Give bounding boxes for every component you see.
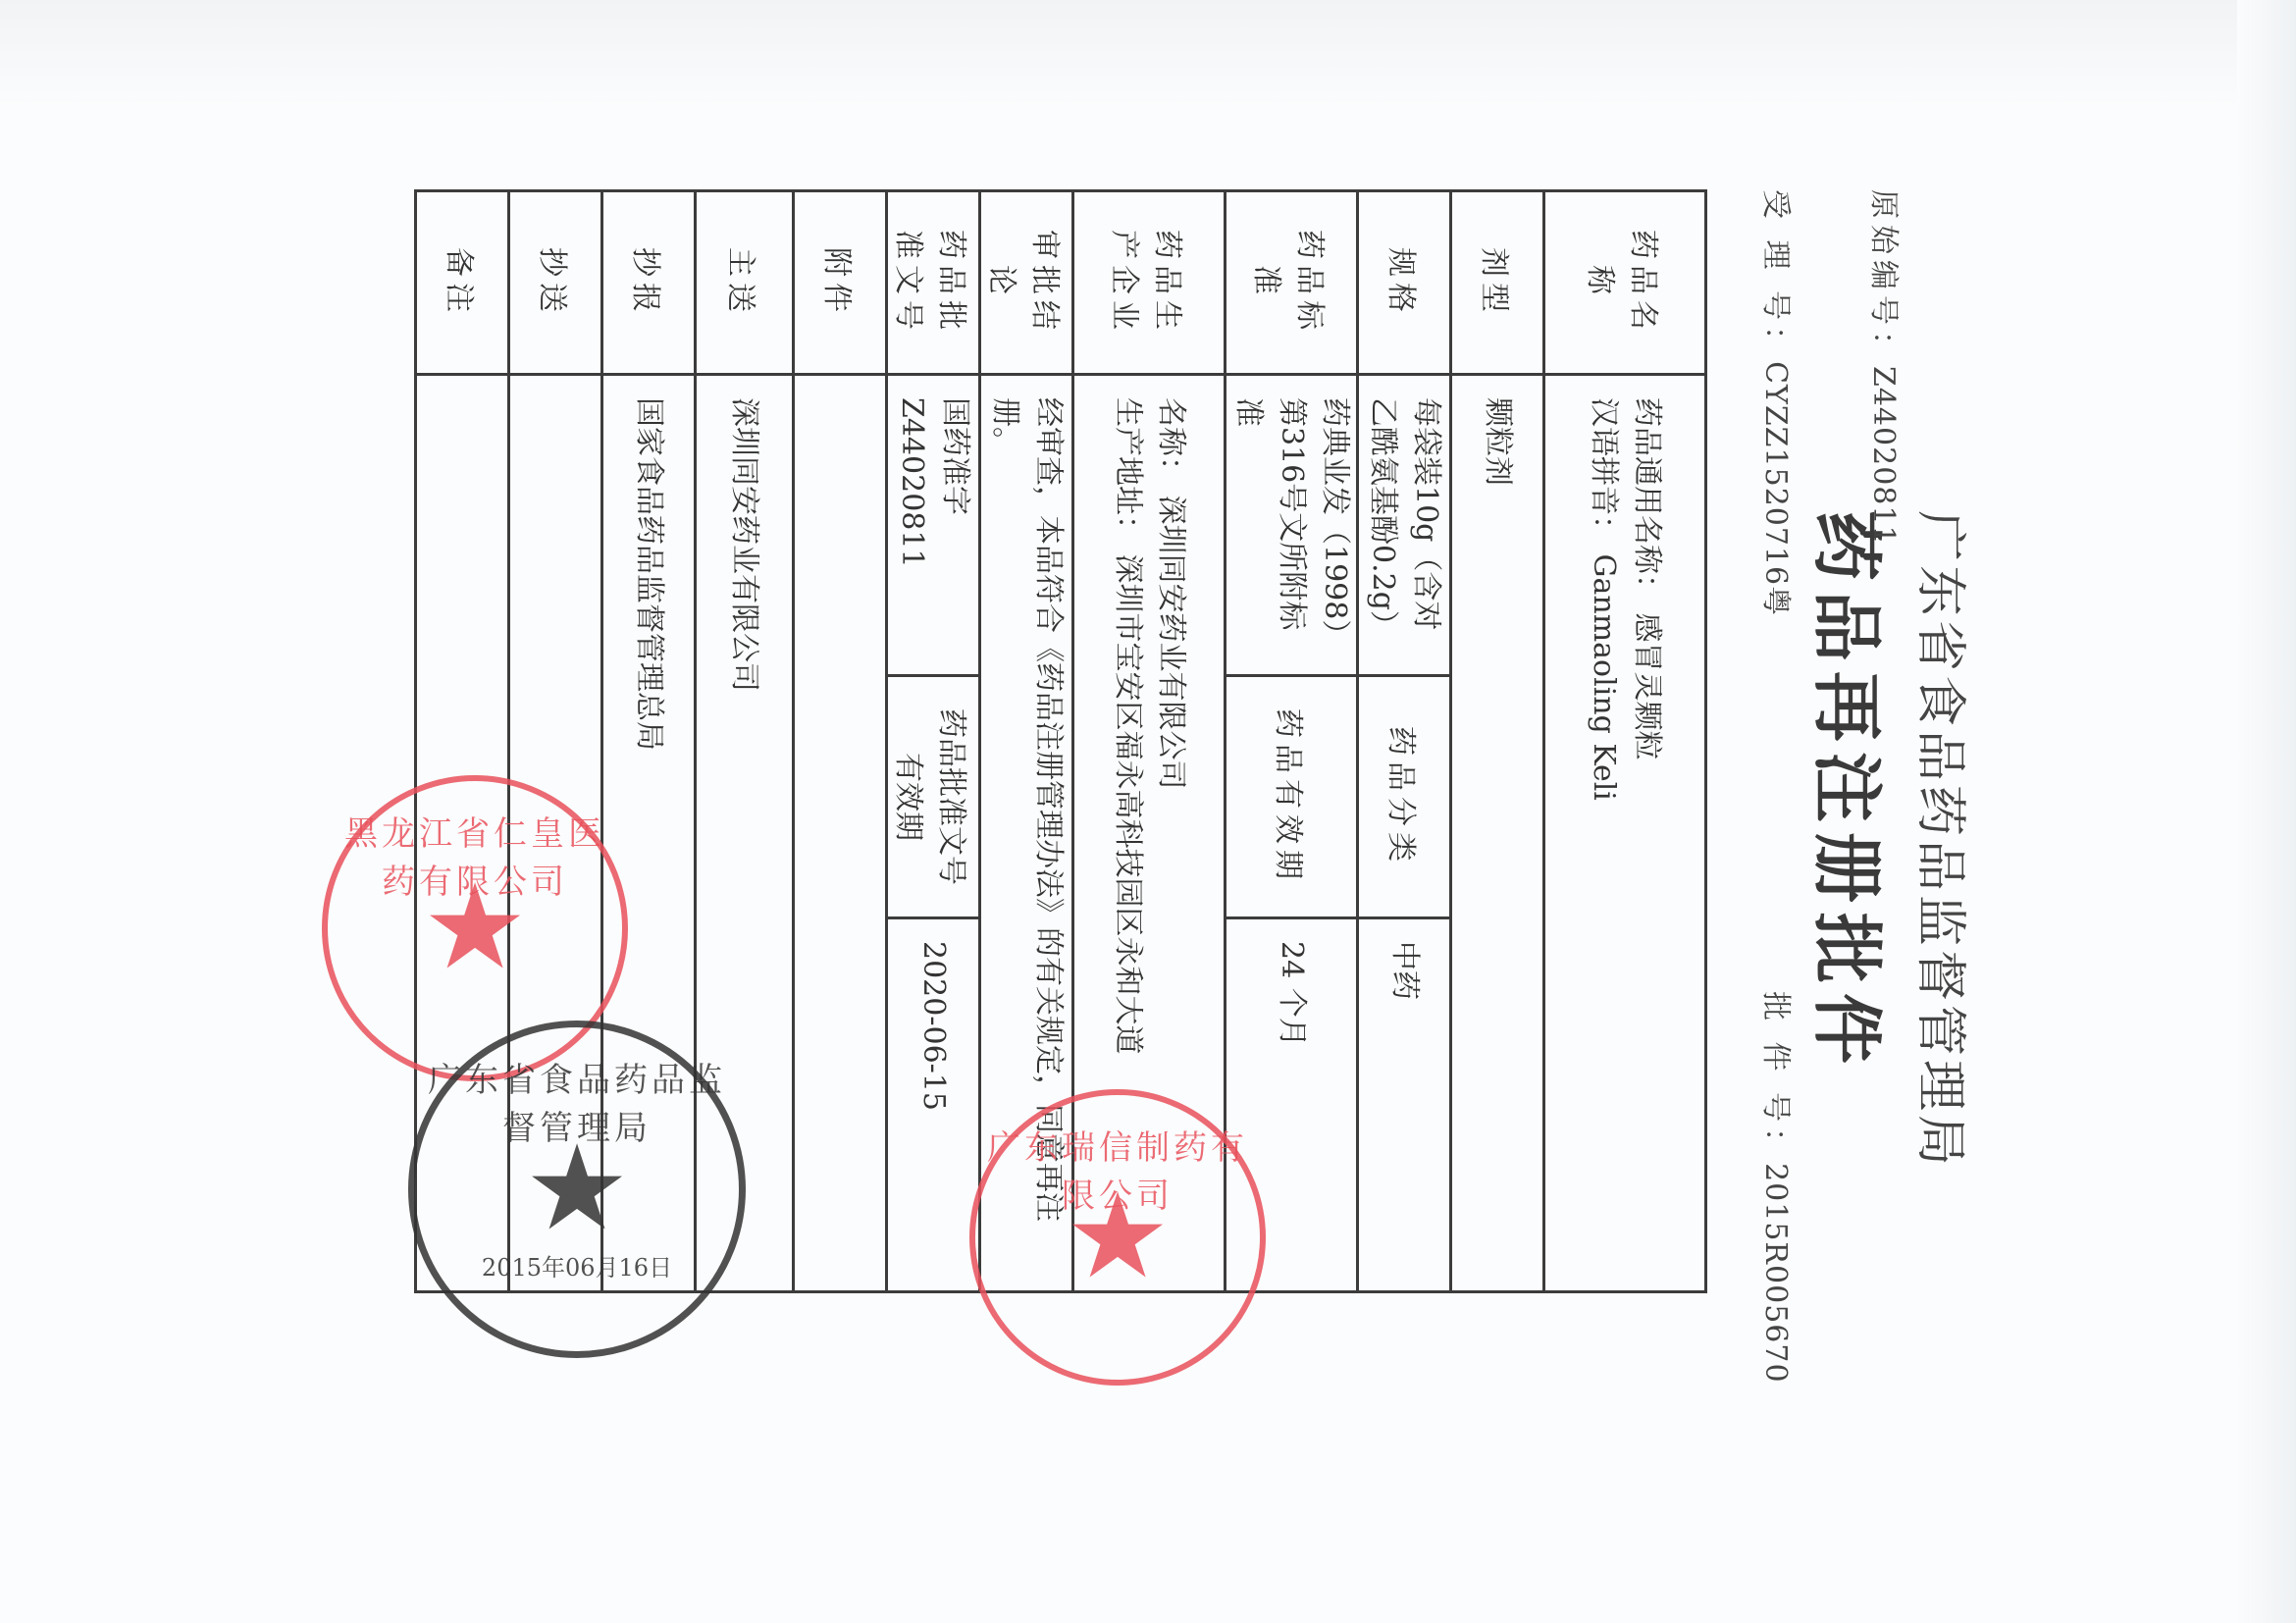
- company-seal-stamp: 广东瑞信制药有限公司 ★: [969, 1089, 1266, 1386]
- generic-name: 药品通用名称： 感冒灵颗粒: [1625, 397, 1668, 1269]
- remarks-label: 备注: [416, 191, 509, 375]
- attachment-value: [794, 375, 887, 1292]
- standard-value: 药典业发（1998）第316号文所附标准: [1226, 375, 1358, 676]
- spec-value: 每袋装10g（含对乙酰氨基酚0.2g）: [1358, 375, 1451, 676]
- manufacturer-label: 药品生产企业: [1073, 191, 1226, 375]
- main-recipient-label: 主送: [696, 191, 794, 375]
- attachment-label: 附件: [794, 191, 887, 375]
- report-to-label: 抄报: [602, 191, 696, 375]
- table-row: 药品名称 药品通用名称： 感冒灵颗粒 汉语拼音： Ganmaoling Keli: [1544, 191, 1706, 1292]
- drug-name-value: 药品通用名称： 感冒灵颗粒 汉语拼音： Ganmaoling Keli: [1544, 375, 1706, 1292]
- approval-document-number: 批 件 号：2015R005670: [1757, 991, 1800, 1384]
- table-row: 规格 每袋装10g（含对乙酰氨基酚0.2g） 药品分类 中药: [1358, 191, 1451, 1292]
- stamp-date: 2015年06月16日: [415, 1248, 739, 1283]
- original-number: 原始编号：Z44020811: [1865, 189, 1908, 546]
- receipt-number-label: 受 理 号：: [1758, 189, 1793, 361]
- stamp-text: 广东省食品药品监督管理局: [415, 1053, 739, 1149]
- receipt-number: 受 理 号：CYZZ1520716粤: [1757, 189, 1800, 616]
- table-row: 剂型 颗粒剂: [1451, 191, 1544, 1292]
- conclusion-label: 审批结论: [980, 191, 1073, 375]
- copy-to-label: 抄送: [509, 191, 602, 375]
- standard-label: 药品标准: [1226, 191, 1358, 375]
- approval-validity-label: 药品批准文号有效期: [887, 676, 980, 918]
- issuing-organization: 广东省食品药品监督管理局: [1908, 510, 1982, 1590]
- category-value: 中药: [1358, 918, 1451, 1292]
- document-title: 药品再注册批件: [1801, 510, 1904, 1590]
- spec-label: 规格: [1358, 191, 1451, 375]
- receipt-number-value: CYZZ1520716粤: [1758, 361, 1793, 616]
- original-number-label: 原始编号：: [1866, 189, 1901, 366]
- shelf-life-label: 药品有效期: [1226, 676, 1358, 918]
- stamp-text: 广东瑞信制药有限公司: [975, 1121, 1260, 1217]
- category-label: 药品分类: [1358, 676, 1451, 918]
- approval-document-number-label: 批 件 号：: [1758, 991, 1793, 1163]
- pinyin-name: 汉语拼音： Ganmaoling Keli: [1582, 397, 1625, 1269]
- table-row: 附件: [794, 191, 887, 1292]
- dosage-form-label: 剂型: [1451, 191, 1544, 375]
- official-seal-stamp: 广东省食品药品监督管理局 ★ 2015年06月16日: [408, 1021, 746, 1358]
- original-number-value: Z44020811: [1866, 366, 1901, 546]
- dosage-form-value: 颗粒剂: [1451, 375, 1544, 1292]
- drug-name-label: 药品名称: [1544, 191, 1706, 375]
- stamp-text: 黑龙江省仁皇医药有限公司: [328, 807, 622, 903]
- approval-validity-value: 2020-06-15: [887, 918, 980, 1292]
- table-row: 药品批准文号 国药准字Z44020811 药品批准文号有效期 2020-06-1…: [887, 191, 980, 1292]
- approval-number-label: 药品批准文号: [887, 191, 980, 375]
- approval-number-value: 国药准字Z44020811: [887, 375, 980, 676]
- approval-document-number-value: 2015R005670: [1758, 1163, 1793, 1383]
- document-page: 广东省食品药品监督管理局 药品再注册批件 原始编号：Z44020811 受 理 …: [0, 0, 2296, 1623]
